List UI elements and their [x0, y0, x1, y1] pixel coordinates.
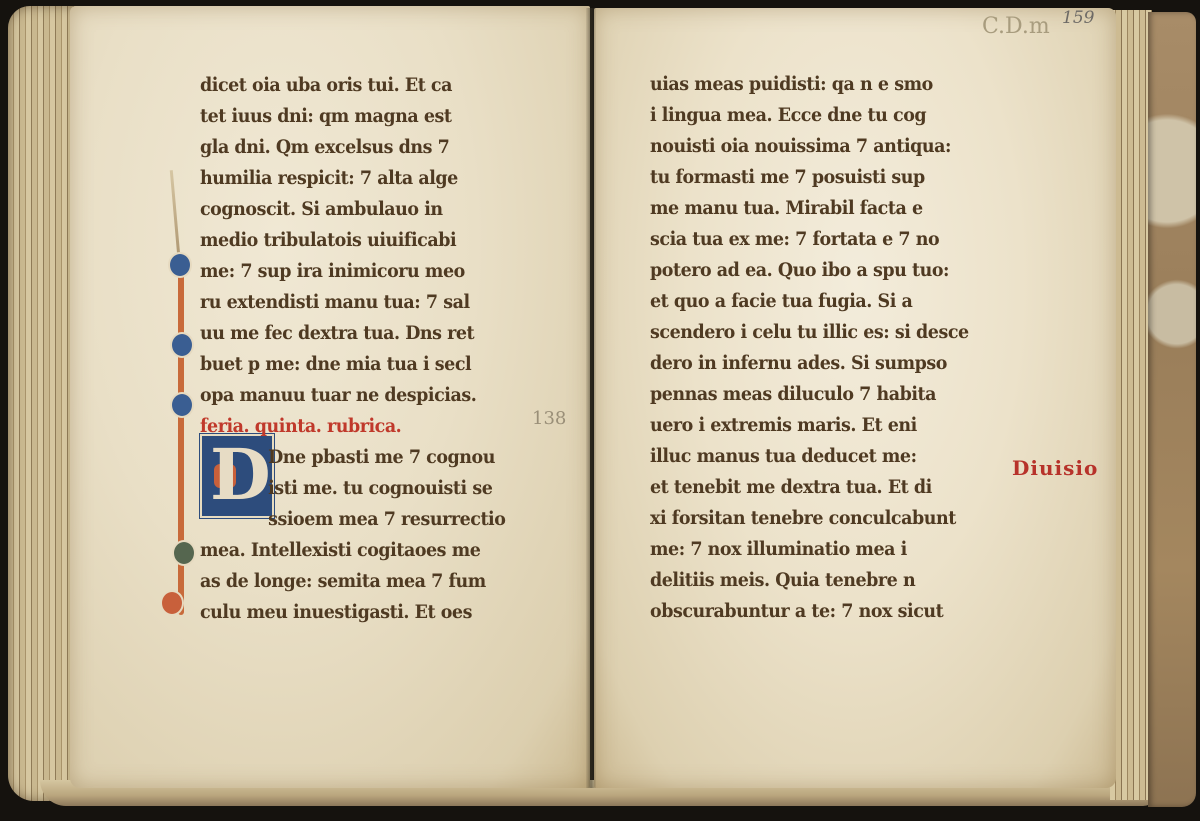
text-line: opa manuu tuar ne despicias. [200, 380, 505, 411]
text-line: cognoscit. Si ambulauo in [200, 194, 505, 225]
text-line: humilia respicit: 7 alta alge [200, 163, 505, 194]
text-line: me: 7 sup ira inimicoru meo [200, 256, 505, 287]
text-line: uias meas puidisti: qa n e smo [650, 69, 969, 100]
text-line: uu me fec dextra tua. Dns ret [200, 318, 505, 349]
text-line: pennas meas diluculo 7 habita [650, 379, 969, 410]
text-line: Dne pbasti me 7 cognou [200, 442, 505, 473]
text-line: scia tua ex me: 7 fortata e 7 no [650, 224, 969, 255]
psalm-number: 138 [532, 408, 566, 429]
text-line: ru extendisti manu tua: 7 sal [200, 287, 505, 318]
folio-number: 159 [1062, 8, 1094, 28]
text-line: culu meu inuestigasti. Et oes [200, 597, 505, 628]
border-flourish-icon [168, 252, 192, 278]
running-head: C.D.m [982, 14, 1050, 39]
text-line: me manu tua. Mirabil facta e [650, 193, 969, 224]
manuscript-photo: D dicet oia uba oris tui. Et ca tet iuus… [0, 0, 1200, 821]
border-flourish-icon [160, 590, 184, 616]
text-line: uero i extremis maris. Et eni [650, 410, 969, 441]
text-line: as de longe: semita mea 7 fum [200, 566, 505, 597]
text-line: medio tribulatois uiuificabi [200, 225, 505, 256]
text-line: delitiis meis. Quia tenebre n [650, 565, 969, 596]
text-line: isti me. tu cognouisti se [200, 473, 505, 504]
text-line: nouisti oia nouissima 7 antiqua: [650, 131, 969, 162]
text-line: illuc manus tua deducet me: [650, 441, 969, 472]
text-line: mea. Intellexisti cogitaoes me [200, 535, 505, 566]
text-line: buet p me: dne mia tua i secl [200, 349, 505, 380]
text-line: me: 7 nox illuminatio mea i [650, 534, 969, 565]
text-line: tu formasti me 7 posuisti sup [650, 162, 969, 193]
text-line: dicet oia uba oris tui. Et ca [200, 70, 505, 101]
margin-note: Diuisio [1012, 456, 1098, 480]
text-line: gla dni. Qm excelsus dns 7 [200, 132, 505, 163]
rubric-line: feria. quinta. rubrica. [200, 411, 505, 442]
text-line: potero ad ea. Quo ibo a spu tuo: [650, 255, 969, 286]
text-line: tet iuus dni: qm magna est [200, 101, 505, 132]
binding-cover-edge [1148, 12, 1196, 807]
right-page-stack-edge [1110, 10, 1152, 800]
border-flourish-icon [170, 392, 194, 418]
right-page-text: uias meas puidisti: qa n e smo i lingua … [650, 69, 996, 627]
text-line: xi forsitan tenebre conculcabunt [650, 503, 969, 534]
text-line: scendero i celu tu illic es: si desce [650, 317, 969, 348]
text-line: et quo a facie tua fugia. Si a [650, 286, 969, 317]
text-line: obscurabuntur a te: 7 nox sicut [650, 596, 969, 627]
border-flourish-icon [170, 332, 194, 358]
text-line: i lingua mea. Ecce dne tu cog [650, 100, 969, 131]
text-line: dero in infernu ades. Si sumpso [650, 348, 969, 379]
border-flourish-icon [172, 540, 196, 566]
left-page-stack-edge [8, 6, 78, 801]
book-gutter [586, 8, 596, 788]
left-page-text: dicet oia uba oris tui. Et ca tet iuus d… [200, 70, 532, 628]
text-line: ssioem mea 7 resurrectio [200, 504, 505, 535]
text-line: et tenebit me dextra tua. Et di [650, 472, 969, 503]
